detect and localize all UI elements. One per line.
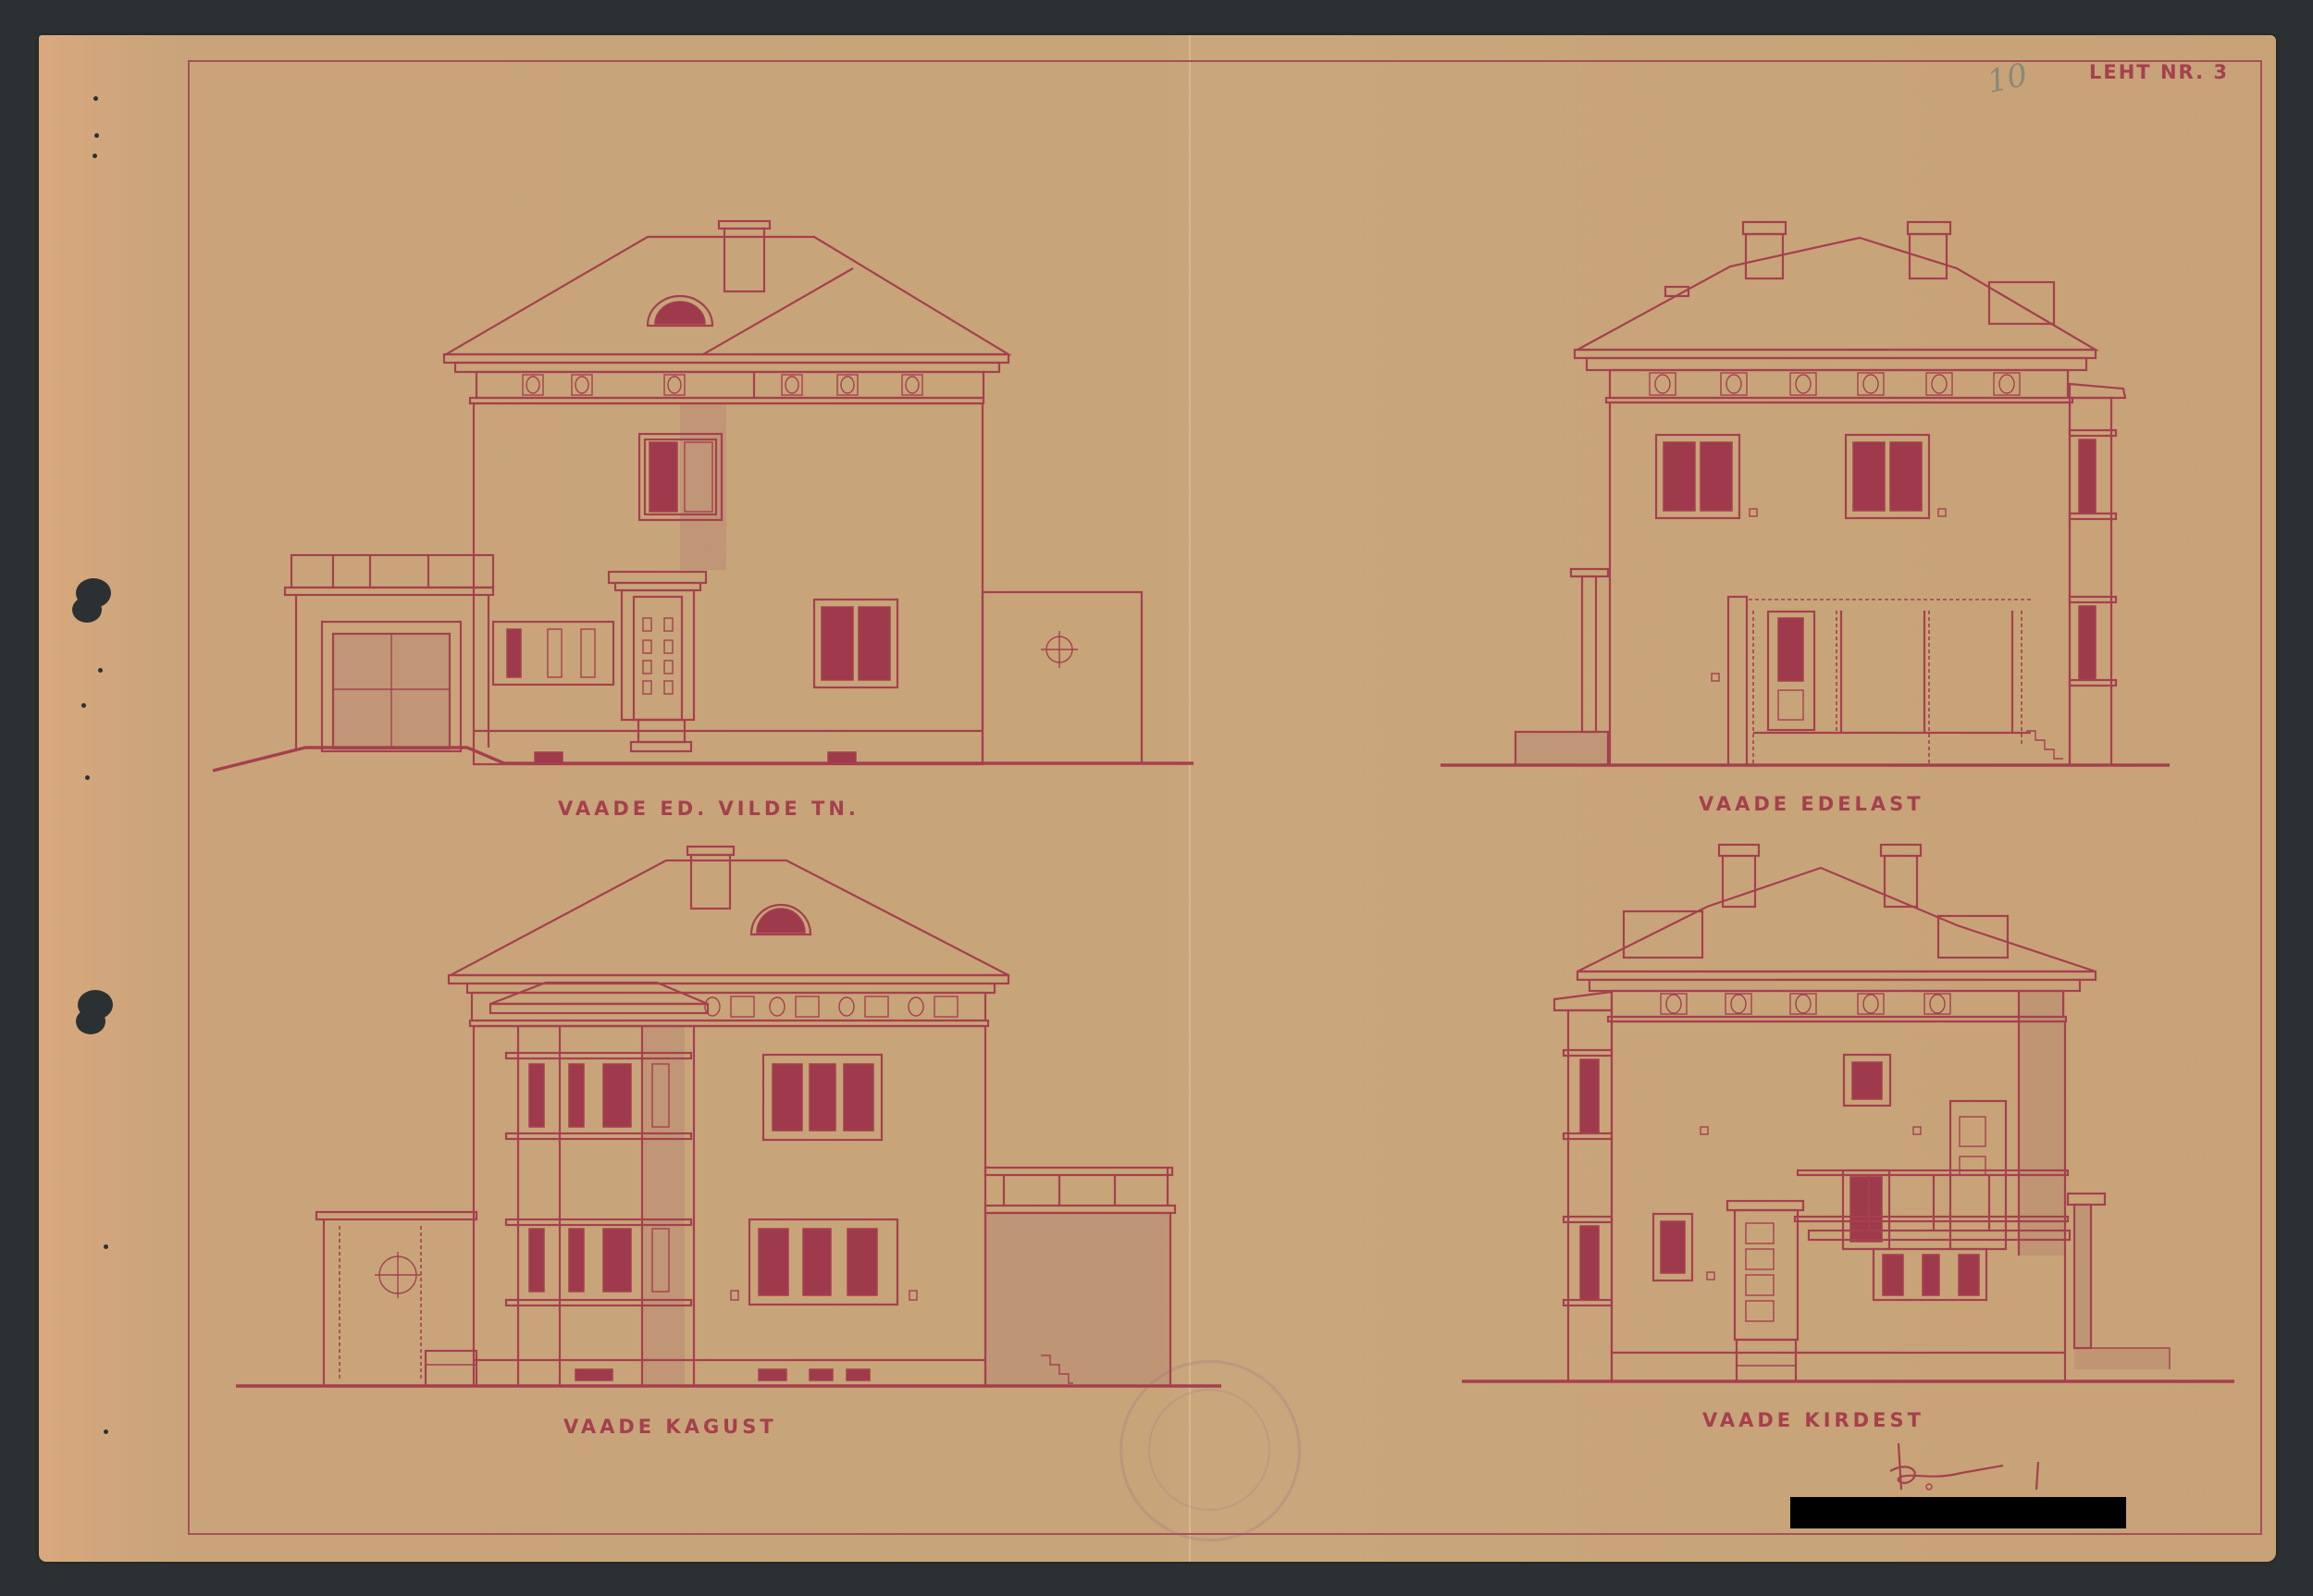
elevation-kagust <box>236 847 1221 1386</box>
caption-kirdest: VAADE KIRDEST <box>1702 1409 1924 1431</box>
caption-ed-vilde: VAADE ED. VILDE TN. <box>558 798 860 820</box>
caption-edelast: VAADE EDELAST <box>1699 793 1924 815</box>
redaction-bar <box>1790 1497 2126 1528</box>
elevation-kirdest <box>1462 845 2234 1381</box>
signature <box>1890 1443 2038 1490</box>
caption-kagust: VAADE KAGUST <box>563 1416 777 1438</box>
elevation-edelast <box>1441 222 2170 765</box>
elevation-ed-vilde <box>213 221 1194 771</box>
elevation-drawings: .l { fill: none; stroke: #a5404e; stroke… <box>0 0 2313 1596</box>
